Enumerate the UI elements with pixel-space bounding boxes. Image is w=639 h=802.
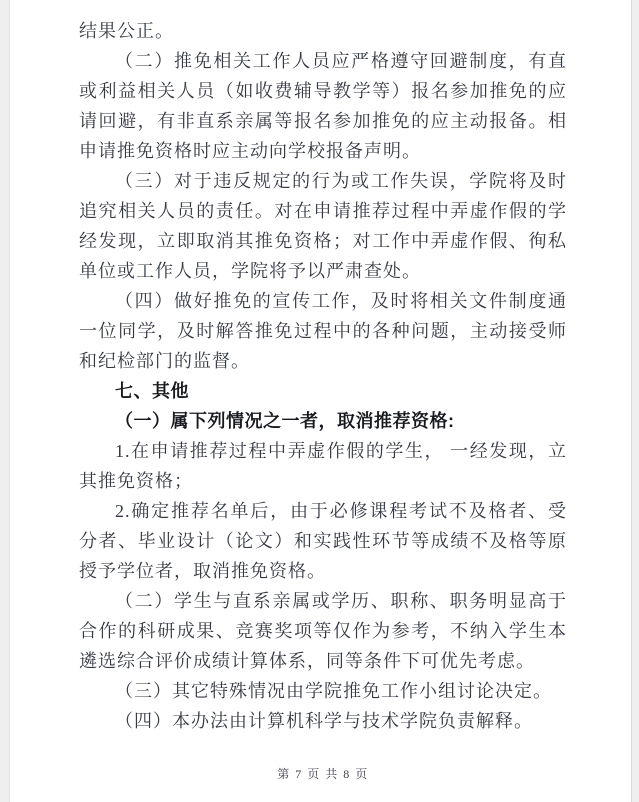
text-line: 授予学位者，取消推免资格。 [79, 556, 567, 586]
text-line: 和纪检部门的监督。 [79, 346, 567, 376]
text-line: 1.在申请推荐过程中弄虚作假的学生， 一经发现，立即取消 [79, 436, 567, 466]
text-line: （二）推免相关工作人员应严格遵守回避制度，有直系亲属 [79, 46, 567, 76]
text-line: 经发现，立即取消其推免资格；对工作中弄虚作假、徇私舞弊的 [79, 226, 567, 256]
text-line: 请回避，有非直系亲属等报名参加推免的应主动报备。相关学生 [79, 106, 567, 136]
text-line: 单位或工作人员，学院将予以严肃查处。 [79, 256, 567, 286]
document-page: 结果公正。 （二）推免相关工作人员应严格遵守回避制度，有直系亲属 或利益相关人员… [9, 0, 632, 802]
text-line: 或利益相关人员（如收费辅导教学等）报名参加推免的应主动申 [79, 76, 567, 106]
text-line: 2.确定推荐名单后，由于必修课程考试不及格者、受到行政处 [79, 496, 567, 526]
text-line: 其推免资格； [79, 466, 567, 496]
text-line: （三）其它特殊情况由学院推免工作小组讨论决定。 [79, 676, 567, 706]
text-line: （四）做好推免的宣传工作，及时将相关文件制度通知到每 [79, 286, 567, 316]
page-number: 第 7 页 共 8 页 [79, 765, 567, 782]
text-line: 合作的科研成果、竞赛奖项等仅作为参考，不纳入学生本人推免 [79, 616, 567, 646]
text-line: 追究相关人员的责任。对在申请推荐过程中弄虚作假的学生，一 [79, 196, 567, 226]
text-line: 遴选综合评价成绩计算体系，同等条件下可优先考虑。 [79, 646, 567, 676]
text-line: 结果公正。 [79, 16, 567, 46]
section-heading: （一）属下列情况之一者，取消推荐资格: [79, 406, 567, 436]
text-line: （三）对于违反规定的行为或工作失误，学院将及时纠正并 [79, 166, 567, 196]
section-heading: 七、其他 [79, 376, 567, 406]
text-line: （二）学生与直系亲属或学历、职称、职务明显高于本人者 [79, 586, 567, 616]
text-line: 分者、毕业设计（论文）和实践性环节等成绩不及格等原因不能 [79, 526, 567, 556]
text-line: （四）本办法由计算机科学与技术学院负责解释。 [79, 706, 567, 736]
text-line: 申请推免资格时应主动向学校报备声明。 [79, 136, 567, 166]
text-line: 一位同学，及时解答推免过程中的各种问题，主动接受师生员工 [79, 316, 567, 346]
